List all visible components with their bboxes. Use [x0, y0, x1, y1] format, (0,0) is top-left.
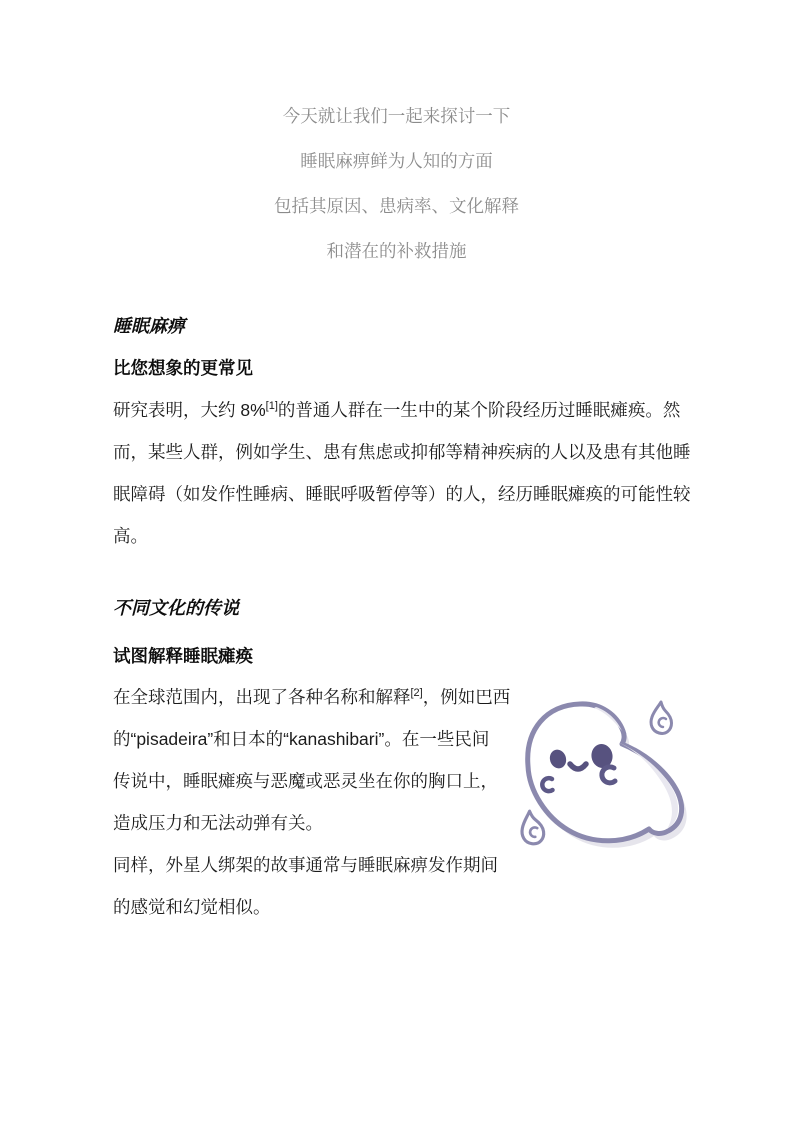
- document-page: 今天就让我们一起来探讨一下 睡眠麻痹鲜为人知的方面 包括其原因、患病率、文化解释…: [0, 0, 793, 1122]
- section2-title: 不同文化的传说: [113, 596, 239, 620]
- section1-subtitle: 比您想象的更常见: [113, 356, 253, 380]
- section2-subtitle: 试图解释睡眠瘫痪: [113, 644, 253, 668]
- spirit-flame-icon: [651, 702, 671, 733]
- footnote-ref-1: [1]: [266, 400, 278, 412]
- section1-paragraph: 研究表明，大约 8%[1]的普通人群在一生中的某个阶段经历过睡眠瘫痪。然 而，某…: [113, 389, 713, 557]
- section1-title: 睡眠麻痹: [113, 314, 185, 338]
- footnote-ref-2: [2]: [411, 687, 423, 699]
- intro-text: 今天就让我们一起来探讨一下 睡眠麻痹鲜为人知的方面 包括其原因、患病率、文化解释…: [0, 94, 793, 274]
- ghost-illustration: [498, 678, 703, 873]
- ghost-icon: [498, 678, 703, 873]
- spirit-flame-icon: [519, 810, 545, 846]
- section2-paragraph: 在全球范围内，出现了各种名称和解释[2]，例如巴西 的“pisadeira”和日…: [113, 676, 553, 928]
- paragraph-text: 研究表明，大约 8%: [113, 400, 266, 420]
- paragraph-text: ，例如巴西 的“pisadeira”和日本的“kanashibari”。在一些民…: [113, 687, 510, 917]
- paragraph-text: 的普通人群在一生中的某个阶段经历过睡眠瘫痪。然 而，某些人群，例如学生、患有焦虑…: [113, 400, 691, 546]
- paragraph-text: 在全球范围内，出现了各种名称和解释: [113, 687, 411, 707]
